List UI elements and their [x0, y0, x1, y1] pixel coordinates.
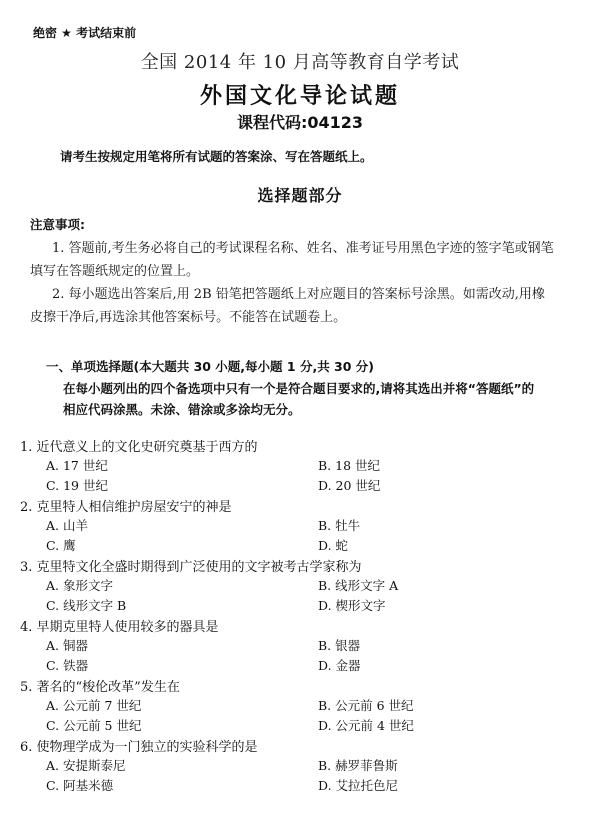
question-2-stem: 2. 克里特人相信维护房屋安宁的神是 — [20, 496, 232, 515]
question-6-stem: 6. 使物理学成为一门独立的实验科学的是 — [20, 736, 258, 755]
question-4-option-c: C. 铁器 — [46, 656, 88, 674]
question-3-option-a: A. 象形文字 — [46, 576, 113, 594]
question-5-stem: 5. 著名的“梭伦改革”发生在 — [20, 676, 180, 695]
question-4-option-d: D. 金器 — [318, 656, 361, 674]
notes-label: 注意事项: — [30, 215, 85, 233]
question-3-option-d: D. 楔形文字 — [318, 596, 386, 614]
confidential-label: 绝密 ★ 考试结束前 — [33, 24, 136, 41]
question-1-stem: 1. 近代意义上的文化史研究奠基于西方的 — [20, 436, 258, 455]
question-6-option-b: B. 赫罗菲鲁斯 — [318, 756, 398, 774]
part-header: 一、单项选择题(本大题共 30 小题,每小题 1 分,共 30 分) — [46, 357, 374, 375]
question-1-option-b: B. 18 世纪 — [318, 456, 380, 474]
question-1-option-a: A. 17 世纪 — [46, 456, 108, 474]
question-6-option-d: D. 艾拉托色尼 — [318, 776, 398, 794]
question-3-stem: 3. 克里特文化全盛时期得到广泛使用的文字被考古学家称为 — [20, 556, 362, 575]
note-1-line-2: 填写在答题纸规定的位置上。 — [30, 260, 199, 279]
question-1-option-c: C. 19 世纪 — [46, 476, 108, 494]
question-4-stem: 4. 早期克里特人使用较多的器具是 — [20, 616, 219, 635]
question-1-option-d: D. 20 世纪 — [318, 476, 380, 494]
note-2-line-2: 皮擦干净后,再选涂其他答案标号。不能答在试题卷上。 — [30, 306, 346, 325]
question-2-option-c: C. 鹰 — [46, 536, 76, 554]
question-2-option-b: B. 牡牛 — [318, 516, 360, 534]
question-5-option-b: B. 公元前 6 世纪 — [318, 696, 414, 714]
question-2-option-d: D. 蛇 — [318, 536, 348, 554]
instruction-text: 请考生按规定用笔将所有试题的答案涂、写在答题纸上。 — [60, 147, 373, 165]
question-3-option-c: C. 线形文字 B — [46, 596, 126, 614]
section-title: 选择题部分 — [0, 183, 600, 206]
part-desc-line-2: 相应代码涂黑。未涂、错涂或多涂均无分。 — [63, 400, 301, 418]
question-6-option-c: C. 阿基米德 — [46, 776, 113, 794]
question-5-option-a: A. 公元前 7 世纪 — [46, 696, 141, 714]
question-5-option-d: D. 公元前 4 世纪 — [318, 716, 414, 734]
course-code: 课程代码:04123 — [0, 110, 600, 133]
question-6-option-a: A. 安提斯泰尼 — [46, 756, 125, 774]
exam-title: 全国 2014 年 10 月高等教育自学考试 — [0, 48, 600, 74]
part-desc-line-1: 在每小题列出的四个备选项中只有一个是符合题目要求的,请将其选出并将“答题纸”的 — [63, 379, 534, 397]
question-3-option-b: B. 线形文字 A — [318, 576, 398, 594]
question-2-option-a: A. 山羊 — [46, 516, 88, 534]
question-4-option-b: B. 银器 — [318, 636, 360, 654]
subject-title: 外国文化导论试题 — [0, 79, 600, 110]
note-1-line-1: 1. 答题前,考生务必将自己的考试课程名称、姓名、准考证号用黑色字迹的签字笔或钢… — [52, 237, 554, 256]
question-5-option-c: C. 公元前 5 世纪 — [46, 716, 141, 734]
question-4-option-a: A. 铜器 — [46, 636, 88, 654]
note-2-line-1: 2. 每小题选出答案后,用 2B 铅笔把答题纸上对应题目的答案标号涂黑。如需改动… — [52, 283, 545, 302]
